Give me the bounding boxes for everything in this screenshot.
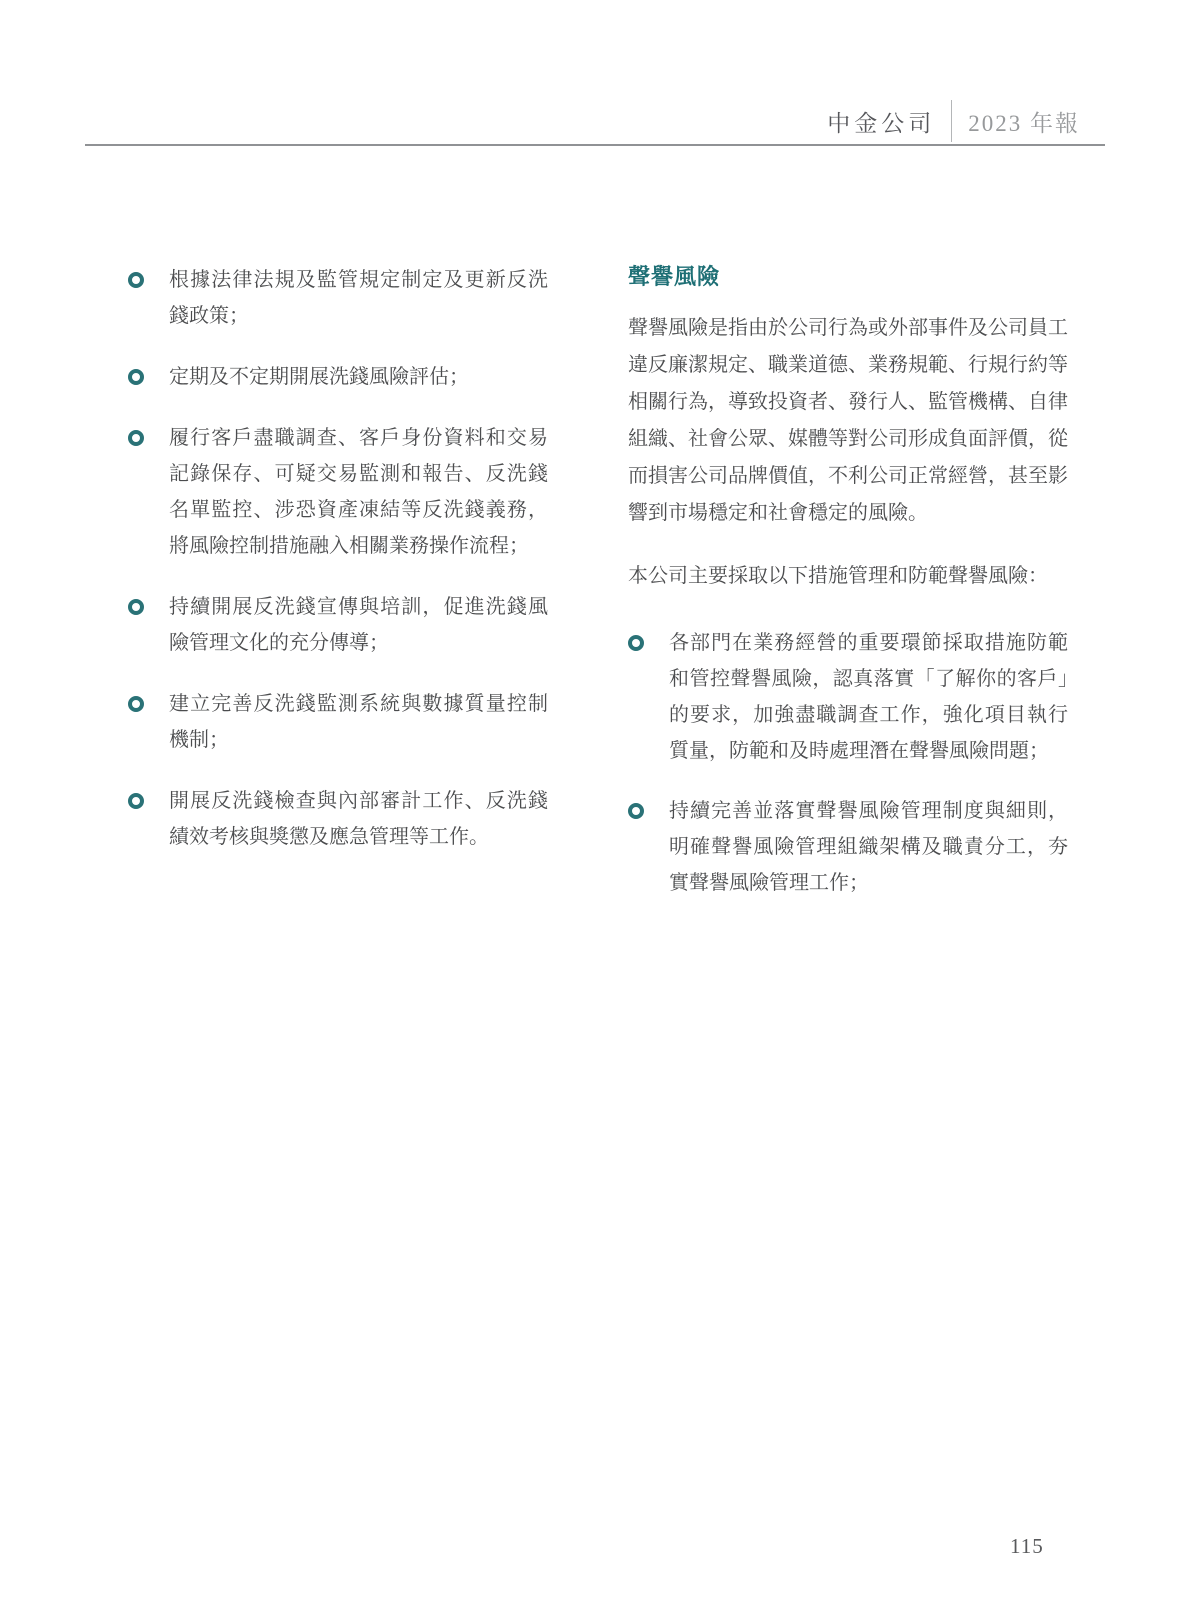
bullet-ring-icon [128, 696, 144, 712]
list-item: 履行客戶盡職調查、客戶身份資料和交易記錄保存、可疑交易監測和報告、反洗錢名單監控… [128, 420, 548, 564]
page-header: 中金公司 2023 年報 [827, 100, 1080, 142]
list-item: 持續開展反洗錢宣傳與培訓，促進洗錢風險管理文化的充分傳導； [128, 589, 548, 661]
list-item: 開展反洗錢檢查與內部審計工作、反洗錢績效考核與獎懲及應急管理等工作。 [128, 783, 548, 855]
bullet-ring-icon [628, 803, 644, 819]
list-item: 根據法律法規及監管規定制定及更新反洗錢政策； [128, 262, 548, 334]
bullet-ring-icon [128, 369, 144, 385]
section-heading: 聲譽風險 [628, 260, 1068, 291]
left-column: 根據法律法規及監管規定制定及更新反洗錢政策； 定期及不定期開展洗錢風險評估； 履… [128, 262, 548, 880]
list-item: 持續完善並落實聲譽風險管理制度與細則，明確聲譽風險管理組織架構及職責分工，夯實聲… [628, 793, 1068, 901]
report-year: 2023 年報 [968, 105, 1080, 138]
list-item-text: 履行客戶盡職調查、客戶身份資料和交易記錄保存、可疑交易監測和報告、反洗錢名單監控… [169, 420, 548, 564]
right-column: 聲譽風險 聲譽風險是指由於公司行為或外部事件及公司員工違反廉潔規定、職業道德、業… [628, 260, 1068, 925]
list-item: 建立完善反洗錢監測系統與數據質量控制機制； [128, 686, 548, 758]
bullet-ring-icon [128, 599, 144, 615]
list-item: 各部門在業務經營的重要環節採取措施防範和管控聲譽風險，認真落實「了解你的客戶」的… [628, 625, 1068, 769]
page-number: 115 [1010, 1534, 1044, 1559]
list-item-text: 定期及不定期開展洗錢風險評估； [169, 359, 469, 395]
aml-measures-list: 根據法律法規及監管規定制定及更新反洗錢政策； 定期及不定期開展洗錢風險評估； 履… [128, 262, 548, 855]
list-item-text: 建立完善反洗錢監測系統與數據質量控制機制； [169, 686, 548, 758]
bullet-ring-icon [128, 430, 144, 446]
list-item-text: 根據法律法規及監管規定制定及更新反洗錢政策； [169, 262, 548, 334]
list-item-text: 開展反洗錢檢查與內部審計工作、反洗錢績效考核與獎懲及應急管理等工作。 [169, 783, 548, 855]
section-leadin-paragraph: 本公司主要採取以下措施管理和防範聲譽風險： [628, 558, 1068, 595]
report-page: 中金公司 2023 年報 根據法律法規及監管規定制定及更新反洗錢政策； 定期及不… [0, 0, 1190, 1615]
bullet-ring-icon [128, 793, 144, 809]
list-item-text: 各部門在業務經營的重要環節採取措施防範和管控聲譽風險，認真落實「了解你的客戶」的… [669, 625, 1068, 769]
bullet-ring-icon [628, 635, 644, 651]
list-item-text: 持續完善並落實聲譽風險管理制度與細則，明確聲譽風險管理組織架構及職責分工，夯實聲… [669, 793, 1068, 901]
bullet-ring-icon [128, 272, 144, 288]
section-intro-paragraph: 聲譽風險是指由於公司行為或外部事件及公司員工違反廉潔規定、職業道德、業務規範、行… [628, 310, 1068, 532]
header-rule [85, 144, 1105, 146]
header-divider [951, 100, 952, 142]
list-item-text: 持續開展反洗錢宣傳與培訓，促進洗錢風險管理文化的充分傳導； [169, 589, 548, 661]
company-name: 中金公司 [827, 105, 935, 138]
reputation-measures-list: 各部門在業務經營的重要環節採取措施防範和管控聲譽風險，認真落實「了解你的客戶」的… [628, 625, 1068, 901]
list-item: 定期及不定期開展洗錢風險評估； [128, 359, 548, 395]
